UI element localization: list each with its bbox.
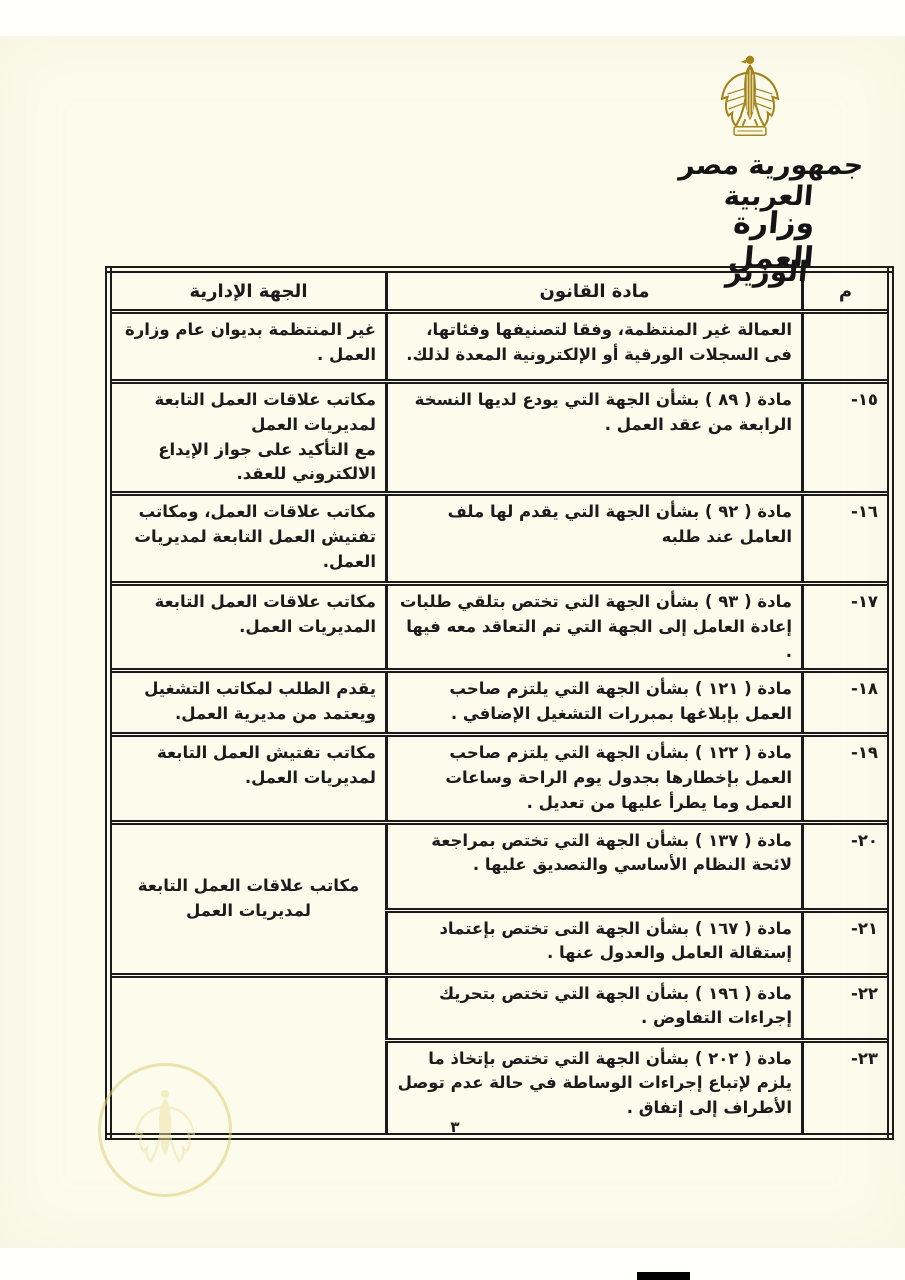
law-articles-table: م مادة القانون الجهة الإدارية العمالة غي… bbox=[105, 266, 894, 1140]
row-number-cell: ٢١- bbox=[803, 910, 891, 975]
row-number-cell: ١٨- bbox=[803, 671, 891, 735]
admin-authority-cell: مكاتب تفتيش العمل التابعة لمديريات العمل… bbox=[109, 735, 387, 822]
table-row: ١٨-مادة ( ١٢١ ) بشأن الجهة التي يلتزم صا… bbox=[109, 671, 891, 735]
law-article-cell: مادة ( ١٢١ ) بشأن الجهة التي يلتزم صاحب … bbox=[387, 671, 803, 735]
law-article-cell: مادة ( ١٦٧ ) بشأن الجهة التى تختص بإعتما… bbox=[387, 910, 803, 975]
law-article-cell: مادة ( ١٢٢ ) بشأن الجهة التي يلتزم صاحب … bbox=[387, 735, 803, 822]
row-number-cell: ٢٢- bbox=[803, 975, 891, 1040]
egypt-eagle-emblem bbox=[717, 52, 783, 138]
law-article-cell: مادة ( ٨٩ ) بشأن الجهة التي يودع لديها ا… bbox=[387, 382, 803, 494]
header-admin-authority: الجهة الإدارية bbox=[109, 270, 387, 312]
law-article-cell: مادة ( ٩٢ ) بشأن الجهة التي يقدم لها ملف… bbox=[387, 494, 803, 584]
law-article-cell: مادة ( ١٣٧ ) بشأن الجهة التي تختص بمراجع… bbox=[387, 822, 803, 910]
admin-authority-cell: مكاتب علاقات العمل، ومكاتب تفتيش العمل ا… bbox=[109, 494, 387, 584]
row-number-cell: ٢٠- bbox=[803, 822, 891, 910]
table-row: ٢٠-مادة ( ١٣٧ ) بشأن الجهة التي تختص بمر… bbox=[109, 822, 891, 910]
law-article-cell: مادة ( ٩٣ ) بشأن الجهة التي تختص بتلقي ط… bbox=[387, 584, 803, 671]
scanned-document-page: { "letterhead": { "country": "جمهورية مص… bbox=[0, 0, 905, 1280]
row-number-cell: ١٦- bbox=[803, 494, 891, 584]
scan-artifact-bar bbox=[637, 1272, 690, 1280]
table-row: ١٩-مادة ( ١٢٢ ) بشأن الجهة التي يلتزم صا… bbox=[109, 735, 891, 822]
ministry-seal-stamp bbox=[98, 1063, 232, 1197]
admin-authority-cell: مكاتب علاقات العمل التابعة المديريات الع… bbox=[109, 584, 387, 671]
row-number-cell bbox=[803, 312, 891, 382]
admin-authority-cell: يقدم الطلب لمكاتب التشغيل ويعتمد من مدير… bbox=[109, 671, 387, 735]
page-number: ٣ bbox=[440, 1118, 470, 1136]
table-row: ٢٢-مادة ( ١٩٦ ) بشأن الجهة التي تختص بتح… bbox=[109, 975, 891, 1040]
row-number-cell: ١٥- bbox=[803, 382, 891, 494]
table-row: ١٥-مادة ( ٨٩ ) بشأن الجهة التي يودع لديه… bbox=[109, 382, 891, 494]
row-number-cell: ٢٣- bbox=[803, 1040, 891, 1136]
admin-authority-cell: مكاتب علاقات العمل التابعة لمديريات العم… bbox=[109, 382, 387, 494]
row-number-cell: ١٩- bbox=[803, 735, 891, 822]
row-number-cell: ١٧- bbox=[803, 584, 891, 671]
law-article-cell: مادة ( ١٩٦ ) بشأن الجهة التي تختص بتحريك… bbox=[387, 975, 803, 1040]
law-article-cell: العمالة غير المنتظمة، وفقا لتصنيفها وفئا… bbox=[387, 312, 803, 382]
table-row: ١٧-مادة ( ٩٣ ) بشأن الجهة التي تختص بتلق… bbox=[109, 584, 891, 671]
admin-authority-cell: مكاتب علاقات العمل التابعة لمديريات العم… bbox=[109, 822, 387, 975]
table-row: العمالة غير المنتظمة، وفقا لتصنيفها وفئا… bbox=[109, 312, 891, 382]
letterhead-country: جمهورية مصر العربية bbox=[642, 150, 897, 212]
admin-authority-cell: غير المنتظمة بديوان عام وزارة العمل . bbox=[109, 312, 387, 382]
table-row: ١٦-مادة ( ٩٢ ) بشأن الجهة التي يقدم لها … bbox=[109, 494, 891, 584]
letterhead-office: الوزير bbox=[711, 255, 824, 288]
